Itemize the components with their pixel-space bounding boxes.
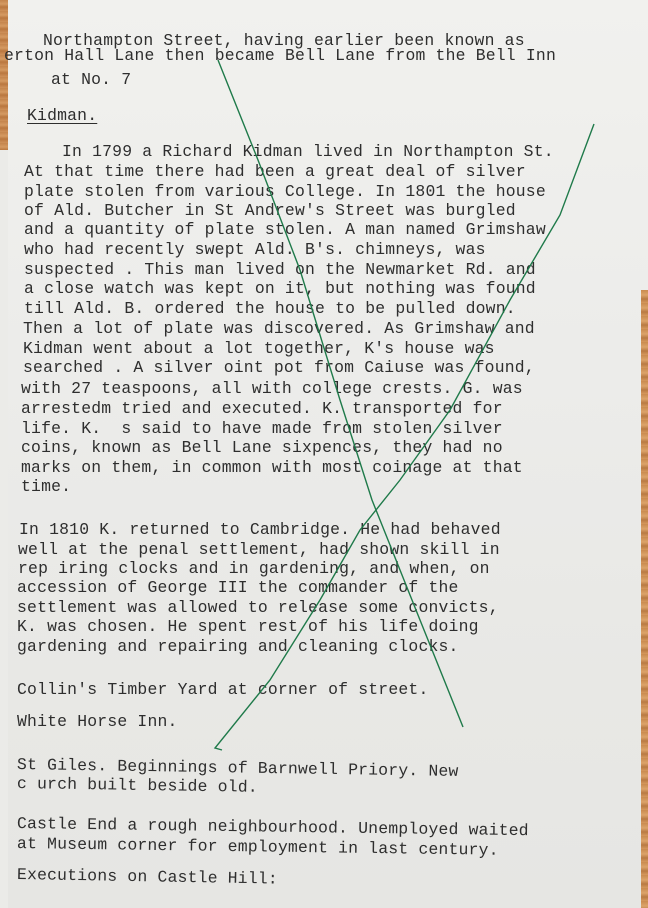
note-line: Collin's Timber Yard at corner of street… [17, 680, 428, 699]
wood-background-right [641, 290, 648, 908]
paragraph-1-line: Kidman went about a lot together, K's ho… [23, 339, 495, 358]
paragraph-1-line: coins, known as Bell Lane sixpences, the… [21, 438, 503, 457]
paragraph-1-line: and a quantity of plate stolen. A man na… [24, 220, 546, 239]
paragraph-1-line: a close watch was kept on it, but nothin… [24, 279, 536, 298]
paragraph-1-line: till Ald. B. ordered the house to be pul… [24, 299, 516, 318]
note-line: White Horse Inn. [17, 712, 178, 731]
paragraph-1-line: plate stolen from various College. In 18… [24, 182, 546, 201]
paragraph-2-line: rep iring clocks and in gardening, and w… [18, 559, 490, 578]
section-heading-kidman: Kidman. [27, 106, 97, 125]
paragraph-1-line: time. [21, 477, 71, 496]
intro-line: at No. 7 [51, 70, 131, 89]
paragraph-2-line: settlement was allowed to release some c… [17, 598, 499, 617]
paragraph-1-line: In 1799 a Richard Kidman lived in Northa… [62, 142, 554, 161]
paragraph-1-line: Then a lot of plate was discovered. As G… [23, 319, 535, 338]
paragraph-2-line: K. was chosen. He spent rest of his life… [17, 617, 479, 636]
paragraph-1-line: suspected . This man lived on the Newmar… [24, 260, 536, 279]
paragraph-2-line: accession of George III the commander of… [17, 578, 459, 597]
paragraph-1-line: arrestedm tried and executed. K. transpo… [21, 399, 503, 418]
intro-line: erton Hall Lane then became Bell Lane fr… [4, 46, 556, 65]
paragraph-1-line: At that time there had been a great deal… [24, 162, 526, 181]
paragraph-2-line: In 1810 K. returned to Cambridge. He had… [19, 520, 501, 539]
paragraph-1-line: marks on them, in common with most coina… [21, 458, 523, 477]
paragraph-1-line: of Ald. Butcher in St Andrew's Street wa… [24, 201, 516, 220]
paragraph-2-line: gardening and repairing and cleaning clo… [17, 637, 459, 656]
paragraph-1-line: searched . A silver oint pot from Caiuse… [23, 358, 535, 377]
paragraph-1-line: life. K. s said to have made from stolen… [21, 419, 503, 438]
paragraph-2-line: well at the penal settlement, had shown … [18, 540, 500, 559]
paper-edge-left [0, 150, 8, 908]
paragraph-1-line: with 27 teaspoons, all with college cres… [21, 379, 523, 398]
note-line: c urch built beside old. [17, 774, 258, 797]
paragraph-1-line: who had recently swept Ald. B's. chimney… [24, 240, 486, 259]
